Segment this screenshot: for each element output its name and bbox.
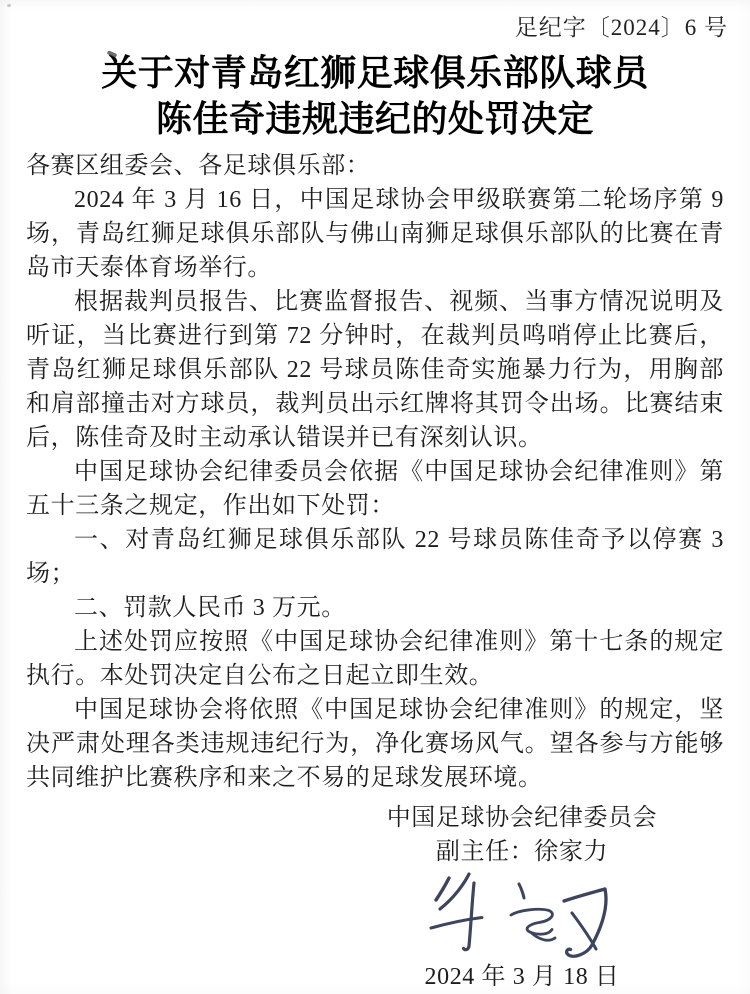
salutation: 各赛区组委会、各足球俱乐部： <box>26 149 724 183</box>
document-page: 足纪字〔2024〕6 号 关于对青岛红狮足球俱乐部队球员 陈佳奇违规违纪的处罚决… <box>0 0 750 994</box>
body-paragraph-penalty-2: 二、罚款人民币 3 万元。 <box>26 591 724 625</box>
body-paragraph: 中国足球协会纪律委员会依据《中国足球协会纪律准则》第五十三条之规定，作出如下处罚… <box>26 455 724 523</box>
scan-speck <box>7 4 11 7</box>
body-paragraph: 根据裁判员报告、比赛监督报告、视频、当事方情况说明及听证，当比赛进行到第 72 … <box>26 285 724 455</box>
signature-organization: 中国足球协会纪律委员会 <box>372 801 672 835</box>
signature-date: 2024 年 3 月 18 日 <box>372 962 672 992</box>
document-title: 关于对青岛红狮足球俱乐部队球员 陈佳奇违规违纪的处罚决定 <box>0 50 750 142</box>
handwritten-signature-strokes <box>424 870 620 962</box>
document-title-line1: 关于对青岛红狮足球俱乐部队球员 <box>0 50 750 96</box>
signature-signer-line: 副主任：徐家力 <box>372 835 672 869</box>
body-paragraph: 2024 年 3 月 16 日，中国足球协会甲级联赛第二轮场序第 9 场，青岛红… <box>26 183 724 285</box>
document-body: 各赛区组委会、各足球俱乐部： 2024 年 3 月 16 日，中国足球协会甲级联… <box>26 149 724 795</box>
signature-block: 中国足球协会纪律委员会 副主任：徐家力 2024 年 3 月 18 日 <box>372 801 672 992</box>
body-paragraph: 上述处罚应按照《中国足球协会纪律准则》第十七条的规定执行。本处罚决定自公布之日起… <box>26 625 724 693</box>
document-title-line2: 陈佳奇违规违纪的处罚决定 <box>0 96 750 142</box>
body-paragraph: 中国足球协会将依照《中国足球协会纪律准则》的规定，坚决严肃处理各类违规违纪行为，… <box>26 693 724 795</box>
handwritten-signature <box>424 870 620 962</box>
body-paragraph-penalty-1: 一、对青岛红狮足球俱乐部队 22 号球员陈佳奇予以停赛 3 场； <box>26 523 724 591</box>
document-reference-number: 足纪字〔2024〕6 号 <box>0 0 750 41</box>
